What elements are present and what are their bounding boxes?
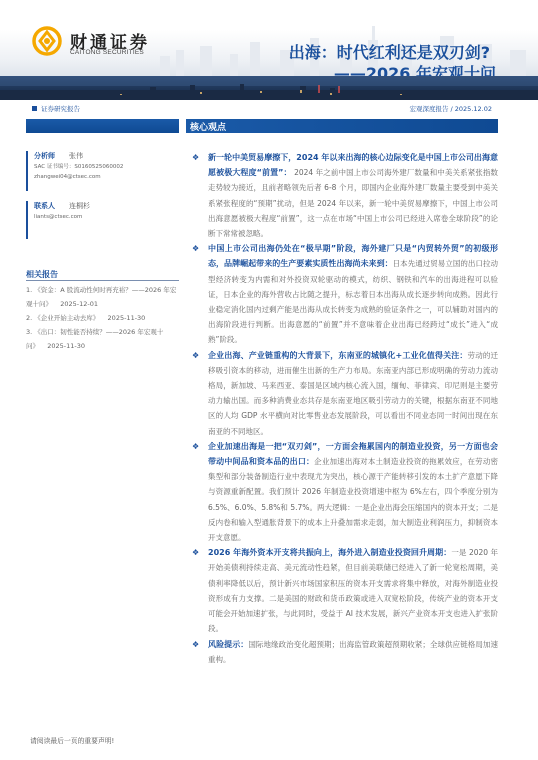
analyst-role: 分析师	[34, 151, 55, 162]
contact-name: 连桐杉	[69, 201, 90, 212]
related-reports-list: 1. 《资金：A 股流动性何时再充裕？——2026 年宏观十问》 2025-12…	[26, 283, 182, 353]
disclaimer-note: 请阅读最后一页的重要声明!	[30, 735, 114, 745]
core-view-bullet: ❖ 企业出海、产业链重构的大背景下，东南亚的城镇化+工业化值得关注：劳动的迁移吸…	[190, 348, 498, 439]
diamond-bullet-icon: ❖	[192, 150, 199, 165]
bullet-body: 企业加速出海对本土制造业投资的拖累效应，在劳动密集型和部分装备制造行业中表现尤为…	[208, 457, 498, 542]
bullet-body: 国际地缘政治变化超预期；出海监管政策超预期收紧；全球供应链格局加速重构。	[208, 640, 498, 664]
related-report-item[interactable]: 1. 《资金：A 股流动性何时再充裕？——2026 年宏观十问》 2025-12…	[26, 283, 182, 311]
contact-card: 联系人 连桐杉 liants@ctsec.com	[26, 201, 176, 239]
analyst-name: 张伟	[69, 151, 83, 162]
analyst-card: 分析师 张伟 SAC 证书编号：S0160525060002 zhangwei0…	[26, 151, 176, 191]
core-view-bullet: ❖ 2026 年海外资本开支将共振向上，海外进入制造业投资回升周期：一是 202…	[190, 545, 498, 636]
core-view-bullet: ❖ 新一轮中美贸易摩擦下，2024 年以来出海的核心边际变化是中国上市公司出海意…	[190, 150, 498, 241]
report-category-date: 宏观深度报告 / 2025.12.02	[409, 104, 492, 113]
bullet-body: 劳动的迁移吸引资本的移动，进而催生出新的生产力布局。东南亚内部已形成明确的劳动力…	[208, 351, 498, 436]
diamond-bullet-icon: ❖	[192, 241, 199, 256]
related-report-item[interactable]: 2. 《企业开始主动去库》 2025-11-30	[26, 311, 182, 325]
square-bullet-icon	[32, 106, 37, 111]
city-night-banner	[0, 76, 538, 100]
analyst-sac-number: SAC 证书编号：S0160525060002	[34, 162, 176, 172]
core-views-title: 核心观点	[190, 120, 226, 133]
related-report-item[interactable]: 3. 《出口：韧性能否持续？——2026 年宏观十问》 2025-11-30	[26, 325, 182, 353]
related-reports-divider	[26, 280, 179, 281]
diamond-bullet-icon: ❖	[192, 637, 199, 652]
logo-coin-icon	[32, 26, 62, 56]
bullet-body: 一是 2020 年开始美债利持续走高、美元流动性趋紧，但目前美联储已经进入了新一…	[208, 548, 498, 633]
bullet-lead: 风险提示：	[208, 640, 248, 649]
sidebar-header-bar	[26, 119, 179, 133]
contact-role: 联系人	[34, 201, 55, 212]
bullet-body: 2024 年之前中国上市公司海外建厂数量和中美关系紧张指数走势较为接近，且前者略…	[208, 168, 498, 238]
document-type-label: 证券研究报告	[32, 104, 80, 113]
core-view-bullet: ❖ 中国上市公司出海仍处在“极早期”阶段，海外建厂只是“内贸转外贸”的初级形态，…	[190, 241, 498, 347]
diamond-bullet-icon: ❖	[192, 545, 199, 560]
bullet-lead: 企业出海、产业链重构的大背景下，东南亚的城镇化+工业化值得关注：	[208, 351, 468, 360]
bullet-lead: 2026 年海外资本开支将共振向上，海外进入制造业投资回升周期：	[208, 548, 451, 557]
risk-warning-bullet: ❖ 风险提示：国际地缘政治变化超预期；出海监管政策超预期收紧；全球供应链格局加速…	[190, 637, 498, 667]
city-skyline-image	[0, 76, 538, 100]
analyst-email[interactable]: zhangwei04@ctsec.com	[34, 172, 176, 182]
diamond-bullet-icon: ❖	[192, 439, 199, 454]
core-views-header: 核心观点	[186, 119, 498, 133]
related-reports-title: 相关报告	[26, 269, 58, 280]
bullet-body: 日本先通过贸易立国的出口拉动型经济转变为内需和对外投资双轮驱动的模式，纺织、钢铁…	[208, 259, 498, 344]
caitong-logo: 财通证券 CAITONG SECURITIES	[32, 26, 172, 66]
core-views-section: ❖ 新一轮中美贸易摩擦下，2024 年以来出海的核心边际变化是中国上市公司出海意…	[190, 150, 498, 667]
diamond-bullet-icon: ❖	[192, 348, 199, 363]
contact-email[interactable]: liants@ctsec.com	[34, 212, 176, 222]
core-view-bullet: ❖ 企业加速出海是一把“双刃剑”，一方面会拖累国内的制造业投资，另一方面也会带动…	[190, 439, 498, 545]
report-title: 出海：时代红利还是双刃剑?	[289, 40, 490, 63]
logo-english-name: CAITONG SECURITIES	[70, 49, 144, 56]
